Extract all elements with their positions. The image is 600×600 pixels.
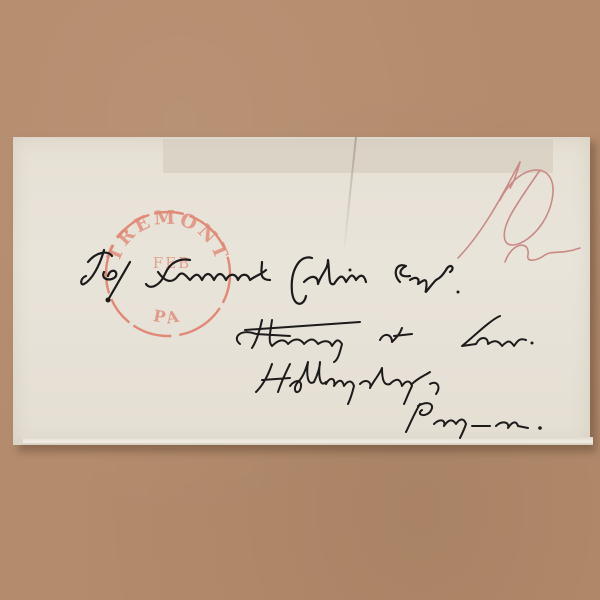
svg-text:PA: PA (152, 306, 184, 328)
address-handwriting (81, 250, 542, 438)
rate-marking (458, 162, 580, 262)
ink-layer: TREMONT FEB PA (0, 0, 600, 600)
postmark: TREMONT FEB PA (103, 207, 233, 336)
postmark-state-text: PA (152, 306, 184, 328)
